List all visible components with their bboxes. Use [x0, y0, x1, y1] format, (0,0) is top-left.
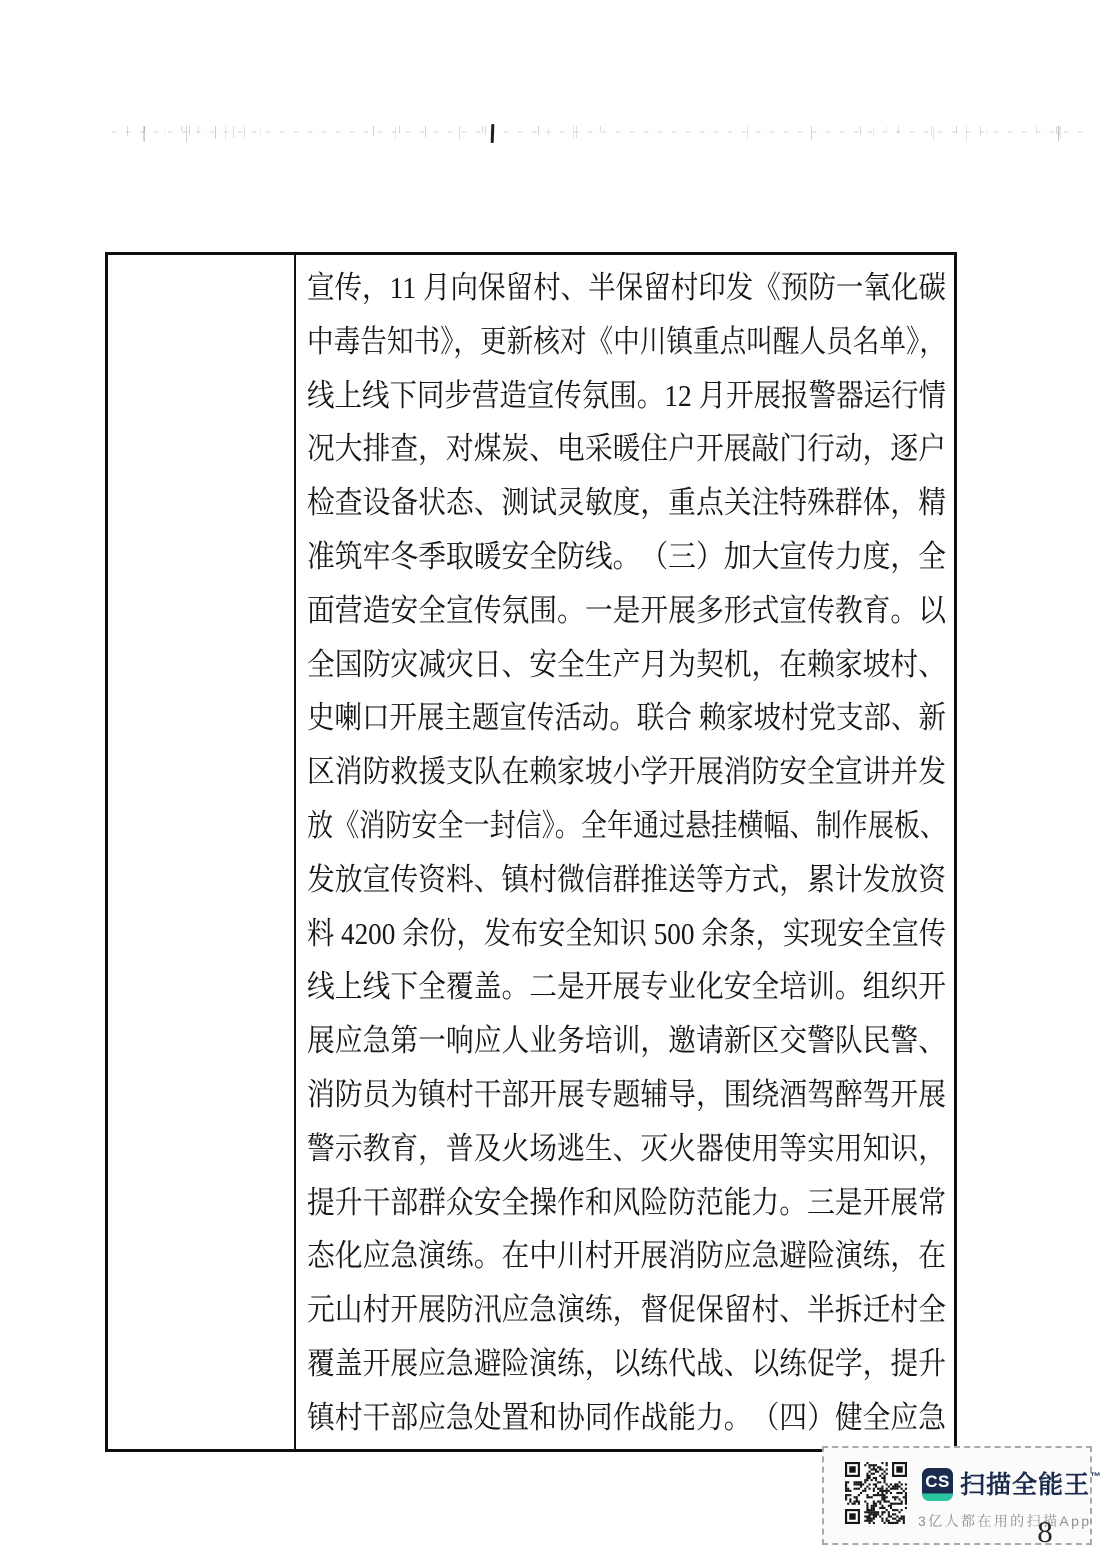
text-line: 态化应急演练。在中川村开展消防应急避险演练，在 [307, 1229, 946, 1283]
text-line: 检查设备状态、测试灵敏度，重点关注特殊群体，精 [307, 476, 946, 530]
text-line: 宣传，11 月向保留村、半保留村印发《预防一氧化碳 [307, 261, 946, 315]
text-line: 况大排查，对煤炭、电采暖住户开展敲门行动，逐户 [307, 422, 946, 476]
text-line: 料 4200 余份，发布安全知识 500 余条，实现安全宣传 [307, 907, 946, 961]
scan-tick [966, 126, 967, 142]
scan-tick [189, 126, 190, 135]
scan-tick [735, 126, 736, 131]
scan-artifact-line [112, 131, 1092, 133]
text-line: 准筑牢冬季取暖安全防线。 （三）加大宣传力度，全 [307, 530, 946, 584]
scan-tick [933, 126, 934, 141]
scan-tick [127, 126, 128, 136]
text-line: 展应急第一响应人业务培训，邀请新区交警队民警、 [307, 1014, 946, 1068]
text-line: 提升干部群众安全操作和风险防范能力。三是开展常 [307, 1176, 946, 1230]
scan-tick [459, 126, 460, 139]
app-name: 扫描全能王™ [960, 1470, 1100, 1500]
scan-tick [395, 126, 396, 141]
scan-tick [956, 126, 957, 133]
scan-tick [186, 126, 187, 142]
scan-artifact-mark [491, 124, 495, 143]
scan-tick [898, 126, 899, 134]
scan-tick [811, 126, 812, 140]
scan-tick [873, 126, 874, 138]
scan-tick [931, 126, 932, 137]
scan-tick [425, 126, 426, 137]
scan-tick [860, 126, 861, 134]
scan-tick [244, 126, 245, 138]
text-line: 史喇口开展主题宣传活动。联合 赖家坡村党支部、新 [307, 691, 946, 745]
text-line: 全国防灾减灾日、安全生产月为契机，在赖家坡村、 [307, 638, 946, 692]
scan-tick [215, 126, 216, 139]
scan-tick [1060, 126, 1061, 138]
scan-tick [482, 126, 483, 133]
scan-tick [538, 126, 539, 135]
text-line: 元山村开展防汛应急演练，督促保留村、半拆迁村全 [307, 1283, 946, 1337]
table-cell-label [108, 255, 296, 1449]
qr-code-icon [845, 1462, 907, 1524]
text-line: 镇村干部应急处置和协同作战能力。 （四）健全应急 [307, 1391, 946, 1445]
page-number: 8 [1028, 1514, 1062, 1550]
scan-tick [144, 126, 145, 142]
text-line: 发放宣传资料、镇村微信群推送等方式，累计发放资 [307, 853, 946, 907]
app-tagline: 3亿人都在用的扫描App [918, 1511, 1092, 1531]
scan-tick [198, 126, 199, 133]
trademark-symbol: ™ [1090, 1471, 1100, 1483]
scan-tick [548, 126, 549, 137]
scan-tick [747, 126, 748, 140]
text-line: 区消防救援支队在赖家坡小学开展消防安全宣讲并发 [307, 745, 946, 799]
scan-tick [221, 126, 222, 132]
scan-tick [987, 126, 988, 134]
text-line: 放《消防安全一封信》。全年通过悬挂横幅、制作展板、 [307, 799, 946, 853]
body-text: 宣传，11 月向保留村、半保留村印发《预防一氧化碳中毒告知书》，更新核对《中川镇… [307, 261, 946, 1445]
table-cell-content: 宣传，11 月向保留村、半保留村印发《预防一氧化碳中毒告知书》，更新核对《中川镇… [296, 255, 954, 1449]
scan-tick [164, 126, 165, 134]
scan-tick [573, 126, 574, 138]
scan-tick [233, 126, 234, 138]
scan-tick [181, 126, 182, 131]
scan-tick [399, 126, 400, 133]
text-line: 中毒告知书》，更新核对《中川镇重点叫醒人员名单》， [307, 315, 946, 369]
text-line: 线上线下全覆盖。二是开展专业化安全培训。组织开 [307, 960, 946, 1014]
scan-tick [980, 126, 981, 137]
text-line: 消防员为镇村干部开展专题辅导，围绕酒驾醉驾开展 [307, 1068, 946, 1122]
camscanner-logo-icon: CS [922, 1468, 953, 1501]
scan-tick [1036, 126, 1037, 133]
scan-tick [373, 126, 374, 136]
text-line: 警示教育，普及火场逃生、灭火器使用等实用知识， [307, 1122, 946, 1176]
logo-initials: CS [925, 1472, 950, 1492]
text-line: 覆盖开展应急避险演练，以练代战、以练促学，提升 [307, 1337, 946, 1391]
scan-tick [886, 126, 887, 133]
scan-tick [260, 126, 261, 137]
document-table: 宣传，11 月向保留村、半保留村印发《预防一氧化碳中毒告知书》，更新核对《中川镇… [105, 252, 957, 1452]
scan-tick [1056, 126, 1057, 134]
scan-tick [1059, 126, 1060, 135]
text-line: 面营造安全宣传氛围。一是开展多形式宣传教育。以 [307, 584, 946, 638]
scan-tick [485, 126, 486, 135]
scan-tick [576, 126, 577, 138]
scanned-document-page: 宣传，11 月向保留村、半保留村印发《预防一氧化碳中毒告知书》，更新核对《中川镇… [0, 0, 1100, 1557]
text-line: 线上线下同步营造宣传氛围。12 月开展报警器运行情 [307, 369, 946, 423]
scan-tick [600, 126, 601, 132]
scan-tick [225, 126, 226, 141]
